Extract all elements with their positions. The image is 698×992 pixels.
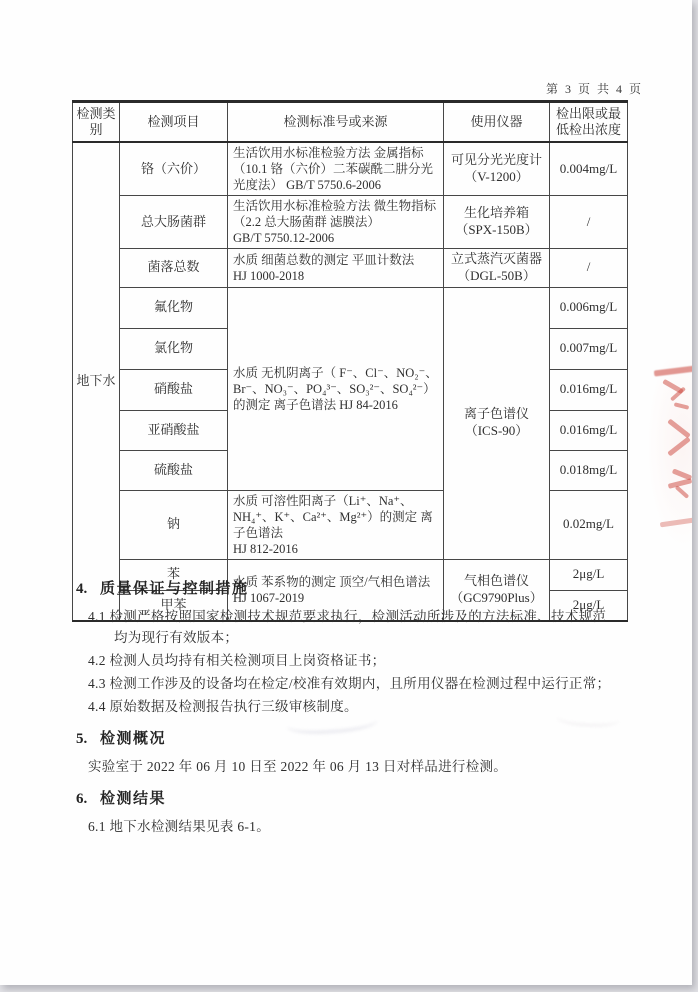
section-6-item-1: 6.1 地下水检测结果见表 6-1。 — [88, 816, 632, 837]
standard-cell: 生活饮用水标准检验方法 微生物指标（2.2 总大肠菌群 滤膜法） GB/T 57… — [228, 196, 444, 249]
limit-cell: 0.018mg/L — [550, 450, 628, 490]
item-cell: 氟化物 — [120, 287, 228, 328]
limit-cell: 0.004mg/L — [550, 142, 628, 196]
table-body: 地下水铬（六价）生活饮用水标准检验方法 金属指标（10.1 铬（六价）二苯碳酰二… — [73, 142, 628, 621]
limit-cell: 0.016mg/L — [550, 369, 628, 410]
section-4-heading: 4.质量保证与控制措施 — [76, 577, 632, 598]
stamp-stroke — [660, 518, 692, 528]
section-4-number: 4. — [76, 581, 100, 598]
item-cell: 硝酸盐 — [120, 369, 228, 410]
red-seal-stamp-partial — [646, 360, 692, 550]
item-cell: 铬（六价） — [120, 142, 228, 196]
table-row: 氟化物水质 无机阴离子（ F⁻、Cl⁻、NO₂⁻、Br⁻、NO₃⁻、PO₄³⁻、… — [73, 287, 628, 328]
stamp-stroke — [674, 402, 690, 410]
section-4-item-4: 4.4 原始数据及检测报告执行三级审核制度。 — [88, 696, 632, 717]
standard-cell: 生活饮用水标准检验方法 金属指标（10.1 铬（六价）二苯碳酰二肼分光光度法） … — [228, 142, 444, 196]
section-4-item-1: 4.1 检测严格按照国家检测技术规范要求执行，检测活动所涉及的方法标准、技术规范… — [88, 606, 632, 648]
report-sections: 4.质量保证与控制措施 4.1 检测严格按照国家检测技术规范要求执行，检测活动所… — [76, 577, 632, 839]
standard-cell: 水质 可溶性阳离子（Li⁺、Na⁺、NH₄⁺、K⁺、Ca²⁺、Mg²⁺）的测定 … — [228, 490, 444, 559]
limit-cell: / — [550, 249, 628, 288]
stamp-stroke — [668, 478, 692, 489]
item-cell: 亚硝酸盐 — [120, 410, 228, 450]
item-cell: 菌落总数 — [120, 249, 228, 288]
instrument-cell: 立式蒸汽灭菌器 （DGL-50B） — [444, 249, 550, 288]
column-header: 检测标准号或来源 — [228, 102, 444, 143]
table-row: 地下水铬（六价）生活饮用水标准检验方法 金属指标（10.1 铬（六价）二苯碳酰二… — [73, 142, 628, 196]
limit-cell: / — [550, 196, 628, 249]
column-header: 使用仪器 — [444, 102, 550, 143]
section-5-number: 5. — [76, 731, 100, 748]
column-header: 检出限或最低检出浓度 — [550, 102, 628, 143]
category-cell-groundwater: 地下水 — [73, 142, 120, 621]
stamp-stroke — [667, 419, 691, 439]
section-4-title: 质量保证与控制措施 — [100, 581, 249, 597]
section-6-heading: 6.检测结果 — [76, 787, 632, 808]
item-cell: 氯化物 — [120, 328, 228, 369]
limit-cell: 0.016mg/L — [550, 410, 628, 450]
section-5-item-1: 实验室于 2022 年 06 月 10 日至 2022 年 06 月 13 日对… — [88, 756, 632, 777]
limit-cell: 0.02mg/L — [550, 490, 628, 559]
section-5-heading: 5.检测概况 — [76, 727, 632, 748]
stamp-stroke — [675, 485, 690, 499]
instrument-cell: 可见分光光度计 （V-1200） — [444, 142, 550, 196]
page-number: 第 3 页 共 4 页 — [546, 80, 628, 97]
instrument-cell: 生化培养箱 （SPX-150B） — [444, 196, 550, 249]
stamp-stroke — [672, 468, 692, 480]
column-header: 检测项目 — [120, 102, 228, 143]
test-methods-table: 检测类别检测项目检测标准号或来源使用仪器检出限或最低检出浓度 地下水铬（六价）生… — [72, 100, 628, 622]
item-cell: 总大肠菌群 — [120, 196, 228, 249]
section-6-number: 6. — [76, 791, 100, 808]
section-6-title: 检测结果 — [100, 791, 166, 807]
table-container: 检测类别检测项目检测标准号或来源使用仪器检出限或最低检出浓度 地下水铬（六价）生… — [72, 100, 628, 622]
table-header-row: 检测类别检测项目检测标准号或来源使用仪器检出限或最低检出浓度 — [73, 102, 628, 143]
section-4-item-3: 4.3 检测工作涉及的设备均在检定/校准有效期内，且所用仪器在检测过程中运行正常… — [88, 673, 632, 694]
section-4-item-2: 4.2 检测人员均持有相关检测项目上岗资格证书； — [88, 650, 632, 671]
standard-cell: 水质 细菌总数的测定 平皿计数法 HJ 1000-2018 — [228, 249, 444, 288]
stamp-stroke — [670, 386, 686, 401]
table-row: 总大肠菌群生活饮用水标准检验方法 微生物指标（2.2 总大肠菌群 滤膜法） GB… — [73, 196, 628, 249]
scanned-report-page: 第 3 页 共 4 页 检测类别检测项目检测标准号或来源使用仪器检出限或最低检出… — [0, 0, 692, 985]
instrument-cell: 离子色谱仪 （ICS-90） — [444, 287, 550, 559]
stamp-arc-stroke — [654, 365, 692, 376]
item-cell: 钠 — [120, 490, 228, 559]
column-header: 检测类别 — [73, 102, 120, 143]
limit-cell: 0.007mg/L — [550, 328, 628, 369]
limit-cell: 0.006mg/L — [550, 287, 628, 328]
standard-cell: 水质 无机阴离子（ F⁻、Cl⁻、NO₂⁻、Br⁻、NO₃⁻、PO₄³⁻、SO₃… — [228, 287, 444, 490]
stamp-stroke — [667, 437, 691, 457]
stamp-stroke — [662, 379, 684, 394]
section-5-title: 检测概况 — [100, 731, 166, 747]
table-row: 菌落总数水质 细菌总数的测定 平皿计数法 HJ 1000-2018立式蒸汽灭菌器… — [73, 249, 628, 288]
item-cell: 硫酸盐 — [120, 450, 228, 490]
